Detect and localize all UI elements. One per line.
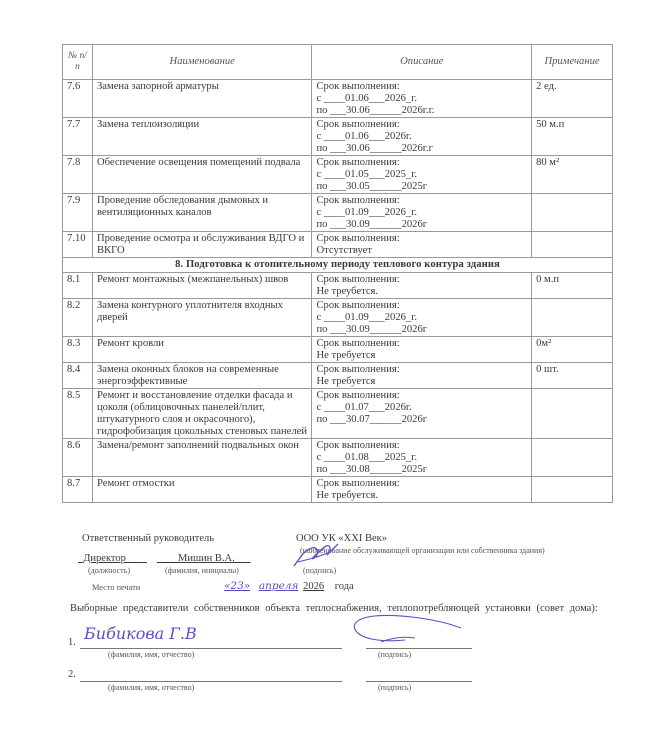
description-line: Не требуется — [316, 376, 527, 388]
row-number: 8.1 — [63, 273, 93, 299]
rep2-sign-caption: (подпись) — [378, 683, 411, 692]
row-description: Срок выполнения:Отсутствует — [312, 232, 532, 258]
table-row: 8.6Замена/ремонт заполнений подвальных о… — [63, 439, 613, 477]
rep1-signature-icon — [335, 614, 465, 650]
name-caption: (фамилия, инициалы) — [165, 566, 239, 575]
row-description: Срок выполнения:Не требуется — [312, 363, 532, 389]
row-number: 7.7 — [63, 118, 93, 156]
description-line: с ____01.09___2026_г. — [316, 312, 527, 324]
signature-caption: (подпись) — [303, 566, 336, 575]
row-number: 8.5 — [63, 389, 93, 439]
description-line: с ____01.09___2026_г. — [316, 207, 527, 219]
table-row: 8.7Ремонт отмосткиСрок выполнения:Не тре… — [63, 477, 613, 503]
description-line: Срок выполнения: — [316, 119, 527, 131]
row-description: Срок выполнения:Не треубется. — [312, 273, 532, 299]
description-line: Не треубется. — [316, 286, 527, 298]
rep1-sign-caption: (подпись) — [378, 650, 411, 659]
row-note — [532, 232, 613, 258]
row-number: 8.3 — [63, 337, 93, 363]
row-description: Срок выполнения:с ____01.06___2026_г.по … — [312, 80, 532, 118]
header-note: Примечание — [532, 45, 613, 80]
description-line: с ____01.07___2026г. — [316, 402, 527, 414]
description-line: по ___30.06______2026г.г — [316, 143, 527, 155]
rep1-number: 1. — [68, 637, 76, 648]
description-line: с ____01.08___2025_г. — [316, 452, 527, 464]
row-number: 7.6 — [63, 80, 93, 118]
row-note — [532, 194, 613, 232]
row-description: Срок выполнения:с ____01.07___2026г.по _… — [312, 389, 532, 439]
row-description: Срок выполнения:с ____01.09___2026_г.по … — [312, 299, 532, 337]
description-line: Не требуется. — [316, 490, 527, 502]
section-8-title: 8. Подготовка к отопительному периоду те… — [63, 258, 613, 273]
description-line: с ____01.06___2026_г. — [316, 93, 527, 105]
row-note: 0 шт. — [532, 363, 613, 389]
description-line: по ___30.09______2026г — [316, 219, 527, 231]
description-line: с ____01.06___2026г. — [316, 131, 527, 143]
row-number: 8.4 — [63, 363, 93, 389]
description-line: Срок выполнения: — [316, 233, 527, 245]
row-description: Срок выполнения:с ____01.06___2026г.по _… — [312, 118, 532, 156]
table-header-row: № п/п Наименование Описание Примечание — [63, 45, 613, 80]
responsible-label: Ответственный руководитель — [82, 533, 214, 544]
rep2-number: 2. — [68, 669, 76, 680]
rep2-signature-line[interactable] — [366, 681, 472, 682]
table-row: 8.5Ремонт и восстановление отделки фасад… — [63, 389, 613, 439]
row-number: 8.2 — [63, 299, 93, 337]
stamp-label: Место печати — [92, 583, 140, 592]
date-year: 2026 — [303, 581, 324, 592]
row-name: Замена теплоизоляции — [92, 118, 311, 156]
row-number: 7.9 — [63, 194, 93, 232]
table-row: 8.3Ремонт кровлиСрок выполнения:Не требу… — [63, 337, 613, 363]
row-number: 8.7 — [63, 477, 93, 503]
row-name: Замена запорной арматуры — [92, 80, 311, 118]
table-row: 7.10Проведение осмотра и обслуживания ВД… — [63, 232, 613, 258]
row-name: Замена/ремонт заполнений подвальных окон — [92, 439, 311, 477]
work-plan-table: № п/п Наименование Описание Примечание 7… — [62, 44, 613, 503]
description-line: по ___30.05______2025г — [316, 181, 527, 193]
rep1-fio-caption: (фамилия, имя, отчество) — [108, 650, 194, 659]
date-line: «23» апреля 2026 года — [224, 580, 354, 592]
rep1-name-line — [80, 648, 342, 649]
row-number: 7.10 — [63, 232, 93, 258]
position-caption: (должность) — [88, 566, 130, 575]
rep2-name-line[interactable] — [80, 681, 342, 682]
description-line: Срок выполнения: — [316, 300, 527, 312]
row-name: Замена оконных блоков на современные эне… — [92, 363, 311, 389]
table-row: 8.2Замена контурного уплотнителя входных… — [63, 299, 613, 337]
description-line: с ____01.05___2025_г. — [316, 169, 527, 181]
rep1-signature-line — [366, 648, 472, 649]
description-line: Срок выполнения: — [316, 478, 527, 490]
table-row: 7.9Проведение обследования дымовых и вен… — [63, 194, 613, 232]
row-description: Срок выполнения:Не требуется — [312, 337, 532, 363]
table-row: 7.8Обеспечение освещения помещений подва… — [63, 156, 613, 194]
row-name: Проведение осмотра и обслуживания ВДГО и… — [92, 232, 311, 258]
description-line: Срок выполнения: — [316, 338, 527, 350]
date-month: апреля — [259, 580, 299, 592]
description-line: по ___30.06______2026г.г. — [316, 105, 527, 117]
table-row: 7.6Замена запорной арматурыСрок выполнен… — [63, 80, 613, 118]
row-note: 50 м.п — [532, 118, 613, 156]
row-note: 0м² — [532, 337, 613, 363]
document-page: № п/п Наименование Описание Примечание 7… — [0, 0, 650, 755]
section-8-title-row: 8. Подготовка к отопительному периоду те… — [63, 258, 613, 273]
date-day: «23» — [224, 580, 250, 592]
header-num: № п/п — [63, 45, 93, 80]
row-note — [532, 439, 613, 477]
description-line: Срок выполнения: — [316, 390, 527, 402]
rep2-fio-caption: (фамилия, имя, отчество) — [108, 683, 194, 692]
row-name: Обеспечение освещения помещений подвала — [92, 156, 311, 194]
row-name: Ремонт отмостки — [92, 477, 311, 503]
row-number: 7.8 — [63, 156, 93, 194]
row-description: Срок выполнения:с ____01.08___2025_г.по … — [312, 439, 532, 477]
description-line: по ___30.07______2026г — [316, 414, 527, 426]
row-description: Срок выполнения:Не требуется. — [312, 477, 532, 503]
description-line: Срок выполнения: — [316, 81, 527, 93]
description-line: Срок выполнения: — [316, 274, 527, 286]
row-name: Проведение обследования дымовых и вентил… — [92, 194, 311, 232]
description-line: по ___30.09______2026г — [316, 324, 527, 336]
description-line: Срок выполнения: — [316, 364, 527, 376]
row-description: Срок выполнения:с ____01.05___2025_г.по … — [312, 156, 532, 194]
row-note: 2 ед. — [532, 80, 613, 118]
row-name: Замена контурного уплотнителя входных дв… — [92, 299, 311, 337]
description-line: Срок выполнения: — [316, 440, 527, 452]
row-number: 8.6 — [63, 439, 93, 477]
description-line: Не требуется — [316, 350, 527, 362]
date-suffix: года — [335, 581, 354, 592]
description-line: по ___30.08______2025г — [316, 464, 527, 476]
description-line: Срок выполнения: — [316, 195, 527, 207]
row-note: 80 м² — [532, 156, 613, 194]
director-name: ____Мишин В.А.___ — [157, 553, 251, 564]
position-value: _Директор____ — [78, 553, 147, 564]
header-name: Наименование — [92, 45, 311, 80]
header-description: Описание — [312, 45, 532, 80]
row-note — [532, 299, 613, 337]
row-name: Ремонт и восстановление отделки фасада и… — [92, 389, 311, 439]
row-description: Срок выполнения:с ____01.09___2026_г.по … — [312, 194, 532, 232]
description-line: Отсутствует — [316, 245, 527, 257]
row-name: Ремонт монтажных (межпанельных) швов — [92, 273, 311, 299]
description-line: Срок выполнения: — [316, 157, 527, 169]
table-row: 8.4Замена оконных блоков на современные … — [63, 363, 613, 389]
row-note — [532, 389, 613, 439]
row-note: 0 м.п — [532, 273, 613, 299]
rep1-handwritten-name: Бибикова Г.В — [84, 624, 197, 643]
row-name: Ремонт кровли — [92, 337, 311, 363]
table-row: 8.1Ремонт монтажных (межпанельных) швовС… — [63, 273, 613, 299]
table-row: 7.7Замена теплоизоляцииСрок выполнения:с… — [63, 118, 613, 156]
row-note — [532, 477, 613, 503]
